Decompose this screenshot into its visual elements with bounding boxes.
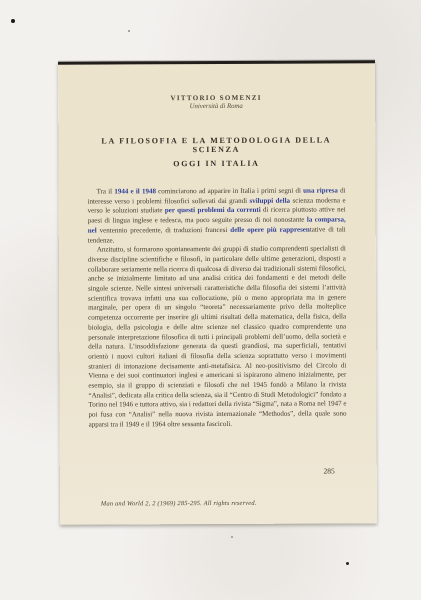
paragraph-2: Anzitutto, si formarono spontaneamente d… bbox=[88, 245, 347, 430]
article-body: Tra il 1944 e il 1948 cominciarono ad ap… bbox=[88, 186, 347, 430]
ink-annotated-text: per questi problemi da correnti bbox=[165, 206, 261, 214]
scan-speck bbox=[128, 30, 130, 32]
article-title: LA FILOSOFIA E LA METODOLOGIA DELLA SCIE… bbox=[87, 135, 345, 168]
scan-speck bbox=[11, 19, 15, 23]
journal-citation: Man and World 2, 2 (1969) 285-295. All r… bbox=[101, 500, 257, 508]
ink-annotated-text: 1944 e il 1948 bbox=[114, 187, 156, 195]
page-number: 285 bbox=[89, 466, 347, 476]
page-content: VITTORIO SOMENZI Università di Roma LA F… bbox=[87, 93, 346, 430]
printed-text: Tra il bbox=[97, 187, 115, 195]
article-title-line2: OGGI IN ITALIA bbox=[87, 158, 345, 168]
printed-text: ventennio precedente, di traduzioni fran… bbox=[97, 226, 231, 235]
scanner-background: VITTORIO SOMENZI Università di Roma LA F… bbox=[0, 0, 421, 600]
ink-annotated-text: delle opere più rappresen bbox=[230, 225, 310, 233]
article-title-line1: LA FILOSOFIA E LA METODOLOGIA DELLA SCIE… bbox=[87, 135, 345, 154]
printed-text: Anzitutto, si formarono spontaneamente d… bbox=[88, 245, 347, 429]
ink-annotated-text: sviluppi della bbox=[249, 196, 290, 204]
author-name: VITTORIO SOMENZI bbox=[87, 93, 345, 102]
author-affiliation: Università di Roma bbox=[87, 102, 345, 110]
printed-text: cominciarono ad apparire in Italia i pri… bbox=[156, 187, 303, 196]
scan-speck bbox=[346, 562, 349, 565]
scanned-paper-page: VITTORIO SOMENZI Università di Roma LA F… bbox=[58, 60, 377, 524]
scan-speck bbox=[231, 536, 233, 538]
ink-annotated-text: una ripresa bbox=[303, 186, 338, 194]
paragraph-1: Tra il 1944 e il 1948 cominciarono ad ap… bbox=[88, 186, 346, 245]
